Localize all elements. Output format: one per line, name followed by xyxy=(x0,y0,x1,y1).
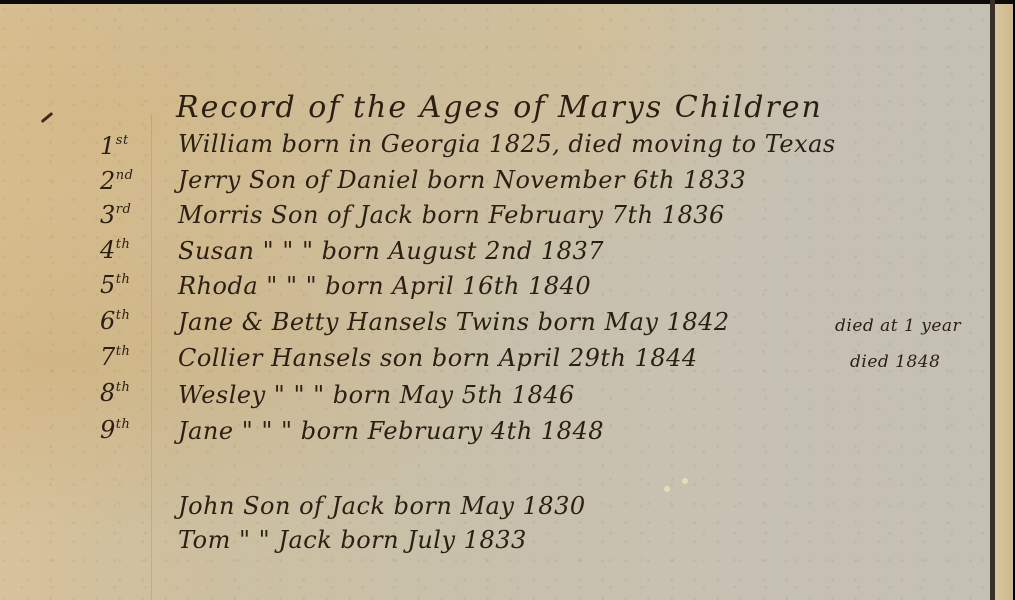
ordinal-4: 4th xyxy=(100,236,130,264)
entry-5: Rhoda " " " born April 16th 1840 xyxy=(178,272,591,300)
entry-7: Collier Hansels son born April 29th 1844 xyxy=(178,344,698,372)
additional-entry-1: John Son of Jack born May 1830 xyxy=(178,492,586,520)
ordinal-3: 3rd xyxy=(100,201,131,229)
entry-7-note: died 1848 xyxy=(850,352,940,372)
entry-4: Susan " " " born August 2nd 1837 xyxy=(178,237,604,265)
additional-entry-2: Tom " " Jack born July 1833 xyxy=(178,526,527,554)
ordinal-5: 5th xyxy=(100,271,130,299)
entry-8: Wesley " " " born May 5th 1846 xyxy=(178,381,575,409)
ordinal-1: 1st xyxy=(100,132,129,160)
entry-1: William born in Georgia 1825, died movin… xyxy=(178,130,836,158)
margin-mark xyxy=(41,112,54,123)
paper-spot xyxy=(664,486,670,492)
entry-9: Jane " " " born February 4th 1848 xyxy=(178,417,604,445)
entry-6-note: died at 1 year xyxy=(835,316,961,336)
entry-3: Morris Son of Jack born February 7th 183… xyxy=(178,201,725,229)
ordinal-6: 6th xyxy=(100,307,130,335)
paper-spot xyxy=(682,478,688,484)
margin-ruling-line xyxy=(151,114,152,600)
ledger-page: Record of the Ages of Marys Children 1st… xyxy=(0,4,990,600)
ordinal-2: 2nd xyxy=(100,167,133,195)
document-title: Record of the Ages of Marys Children xyxy=(176,90,823,125)
ordinal-9: 9th xyxy=(100,416,130,444)
entry-2: Jerry Son of Daniel born November 6th 18… xyxy=(178,166,746,194)
ordinal-7: 7th xyxy=(100,343,130,371)
next-page-edge xyxy=(995,4,1013,600)
ordinal-8: 8th xyxy=(100,379,130,407)
entry-6: Jane & Betty Hansels Twins born May 1842 xyxy=(178,308,730,336)
